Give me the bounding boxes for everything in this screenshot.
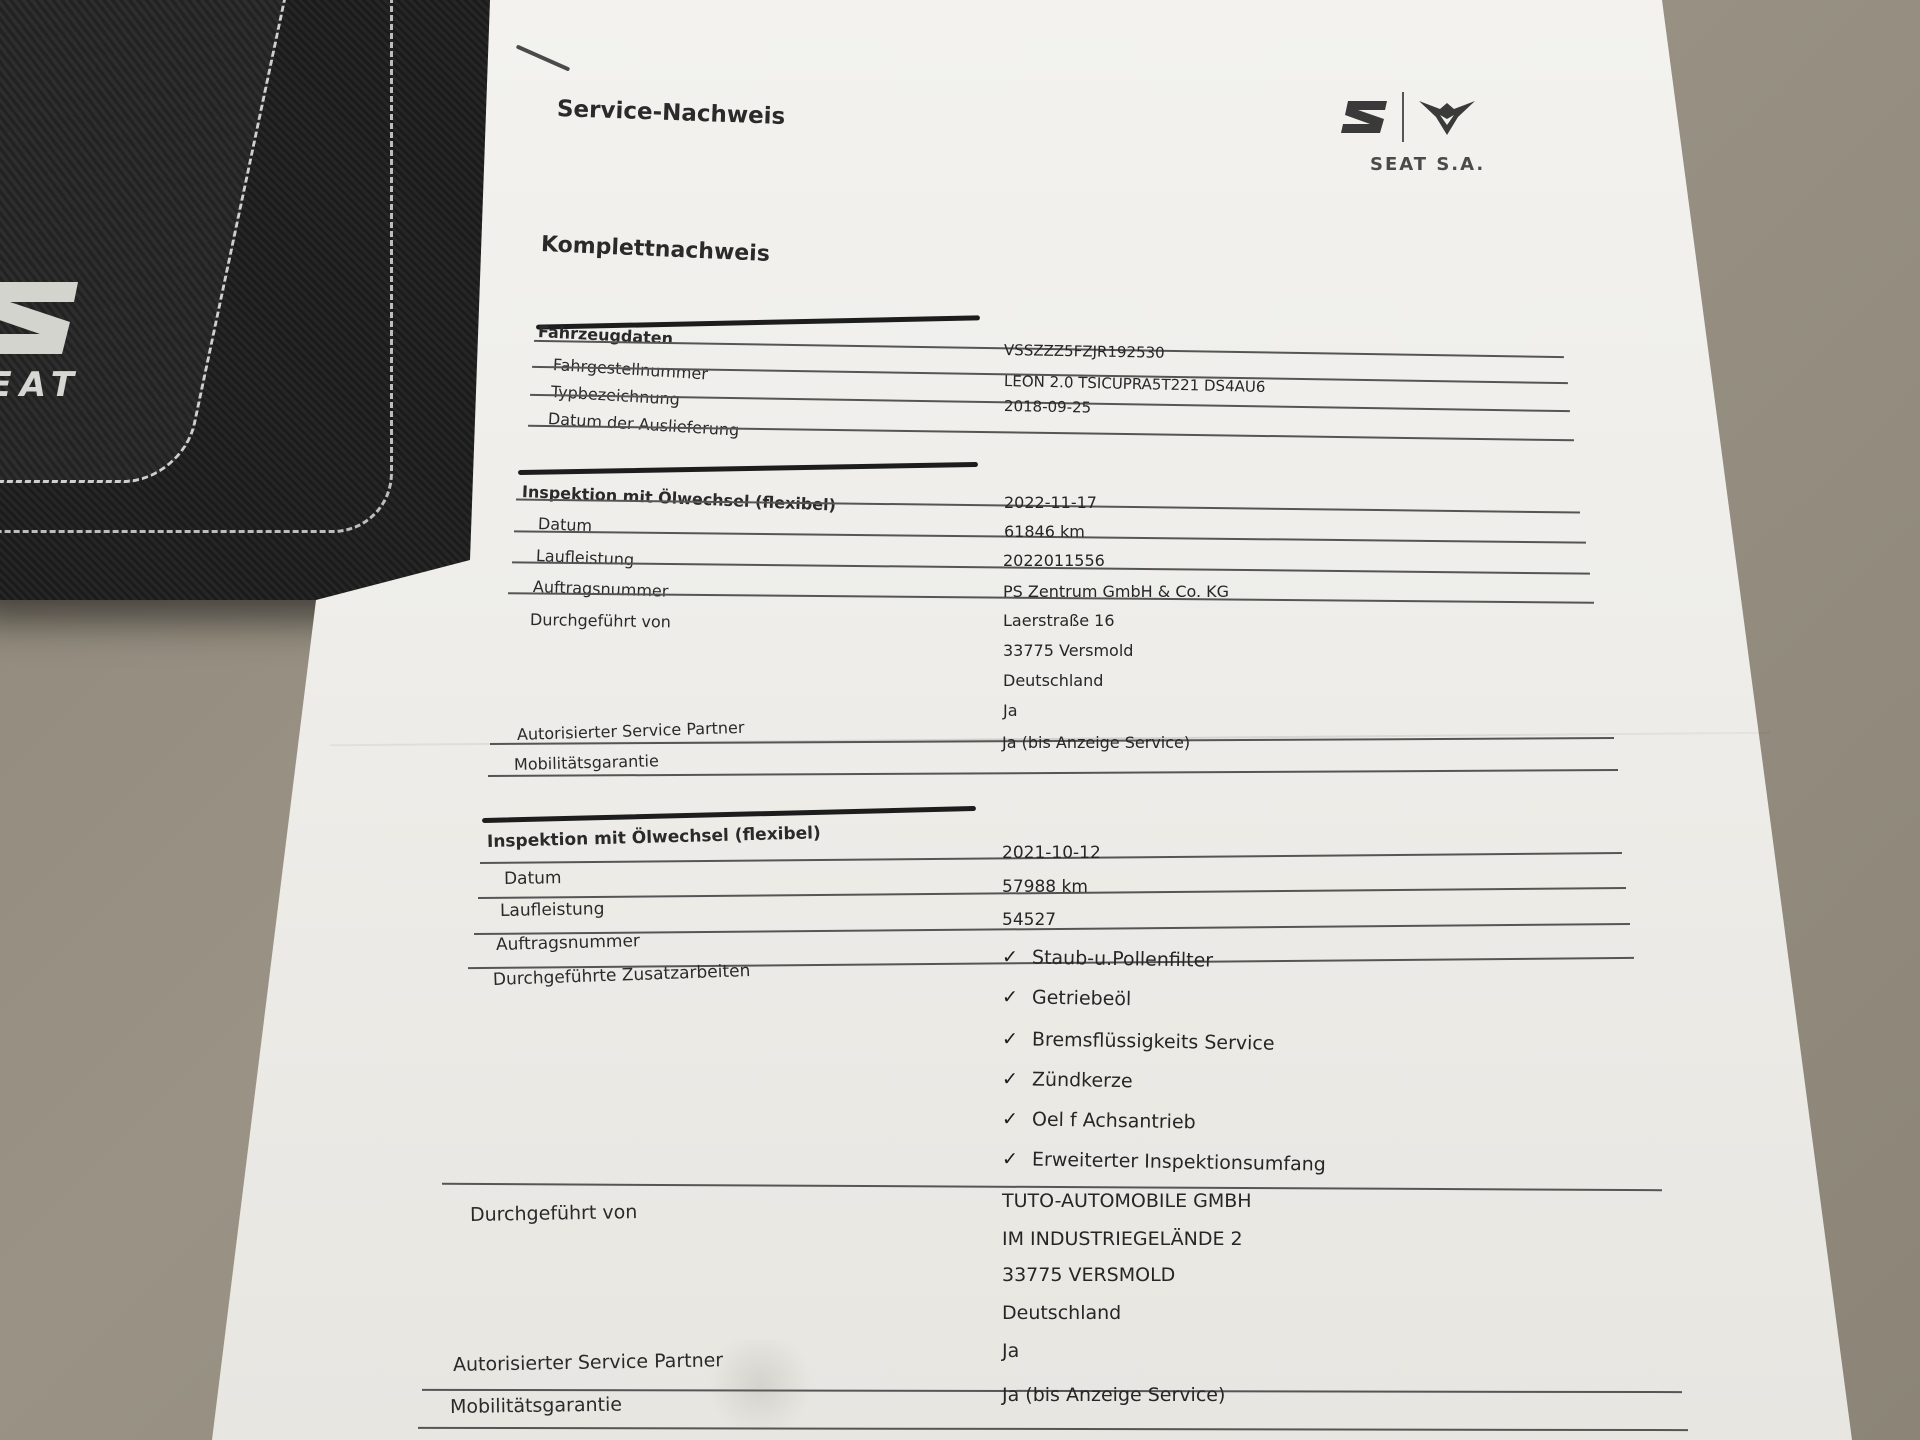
seat-wallet: SEAT [0, 0, 500, 600]
wallet-stitching [0, 0, 393, 533]
wallet-brand-text: SEAT [0, 365, 82, 405]
seat-s-logo-icon [0, 278, 80, 358]
